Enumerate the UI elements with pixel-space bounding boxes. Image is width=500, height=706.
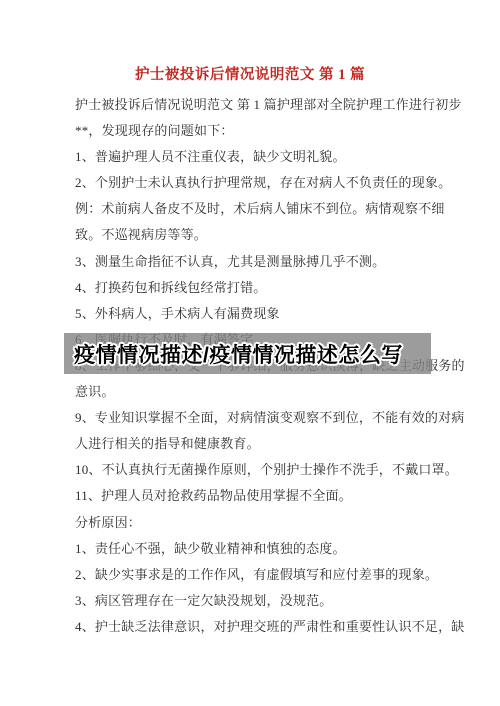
body-line: 4、打换药包和拆线包经常打错。 xyxy=(75,280,500,306)
body-line: 11、护理人员对抢救药品物品使用掌握不全面。 xyxy=(75,488,500,514)
body-line: 1、普遍护理人员不注重仪表，缺少文明礼貌。 xyxy=(75,149,500,175)
document-page: 护士被投诉后情况说明范文 第 1 篇 护士被投诉后情况说明范文 第 1 篇护理部… xyxy=(0,0,500,706)
body-line: **，发现现存的问题如下： xyxy=(75,123,500,149)
body-line: 例：术前病人备皮不及时，术后病人铺床不到位。病情观察不细 xyxy=(75,201,500,227)
body-line: 4、护士缺乏法律意识，对护理交班的严肃性和重要性认识不足，缺 xyxy=(75,619,500,645)
body-line: 1、责任心不强，缺少敬业精神和慎独的态度。 xyxy=(75,541,500,567)
body-line: 人进行相关的指导和健康教育。 xyxy=(75,436,500,462)
body-line: 2、个别护士未认真执行护理常规，存在对病人不负责任的现象。 xyxy=(75,175,500,201)
body-line: 2、缺少实事求是的工作作风，有虚假填写和应付差事的现象。 xyxy=(75,567,500,593)
watermark-title: 疫情情况描述/疫情情况描述怎么写 xyxy=(64,339,403,369)
body-line: 分析原因： xyxy=(75,515,500,541)
body-line: 10、不认真执行无菌操作原则，个别护士操作不洗手，不戴口罩。 xyxy=(75,462,500,488)
body-line: 3、病区管理存在一定欠缺没规划，没规范。 xyxy=(75,593,500,619)
body-line: 意识。 xyxy=(75,384,500,410)
page-title: 护士被投诉后情况说明范文 第 1 篇 xyxy=(0,63,500,84)
watermark-band: 疫情情况描述/疫情情况描述怎么写 xyxy=(64,333,431,374)
body-line: 3、测量生命指征不认真，尤其是测量脉搏几乎不测。 xyxy=(75,254,500,280)
body-line: 致。不巡视病房等等。 xyxy=(75,227,500,253)
body-line: 5、外科病人，手术病人有漏费现象 xyxy=(75,306,500,332)
body-line: 9、专业知识掌握不全面，对病情演变观察不到位，不能有效的对病 xyxy=(75,410,500,436)
body-line: 护士被投诉后情况说明范文 第 1 篇护理部对全院护理工作进行初步 xyxy=(75,97,500,123)
